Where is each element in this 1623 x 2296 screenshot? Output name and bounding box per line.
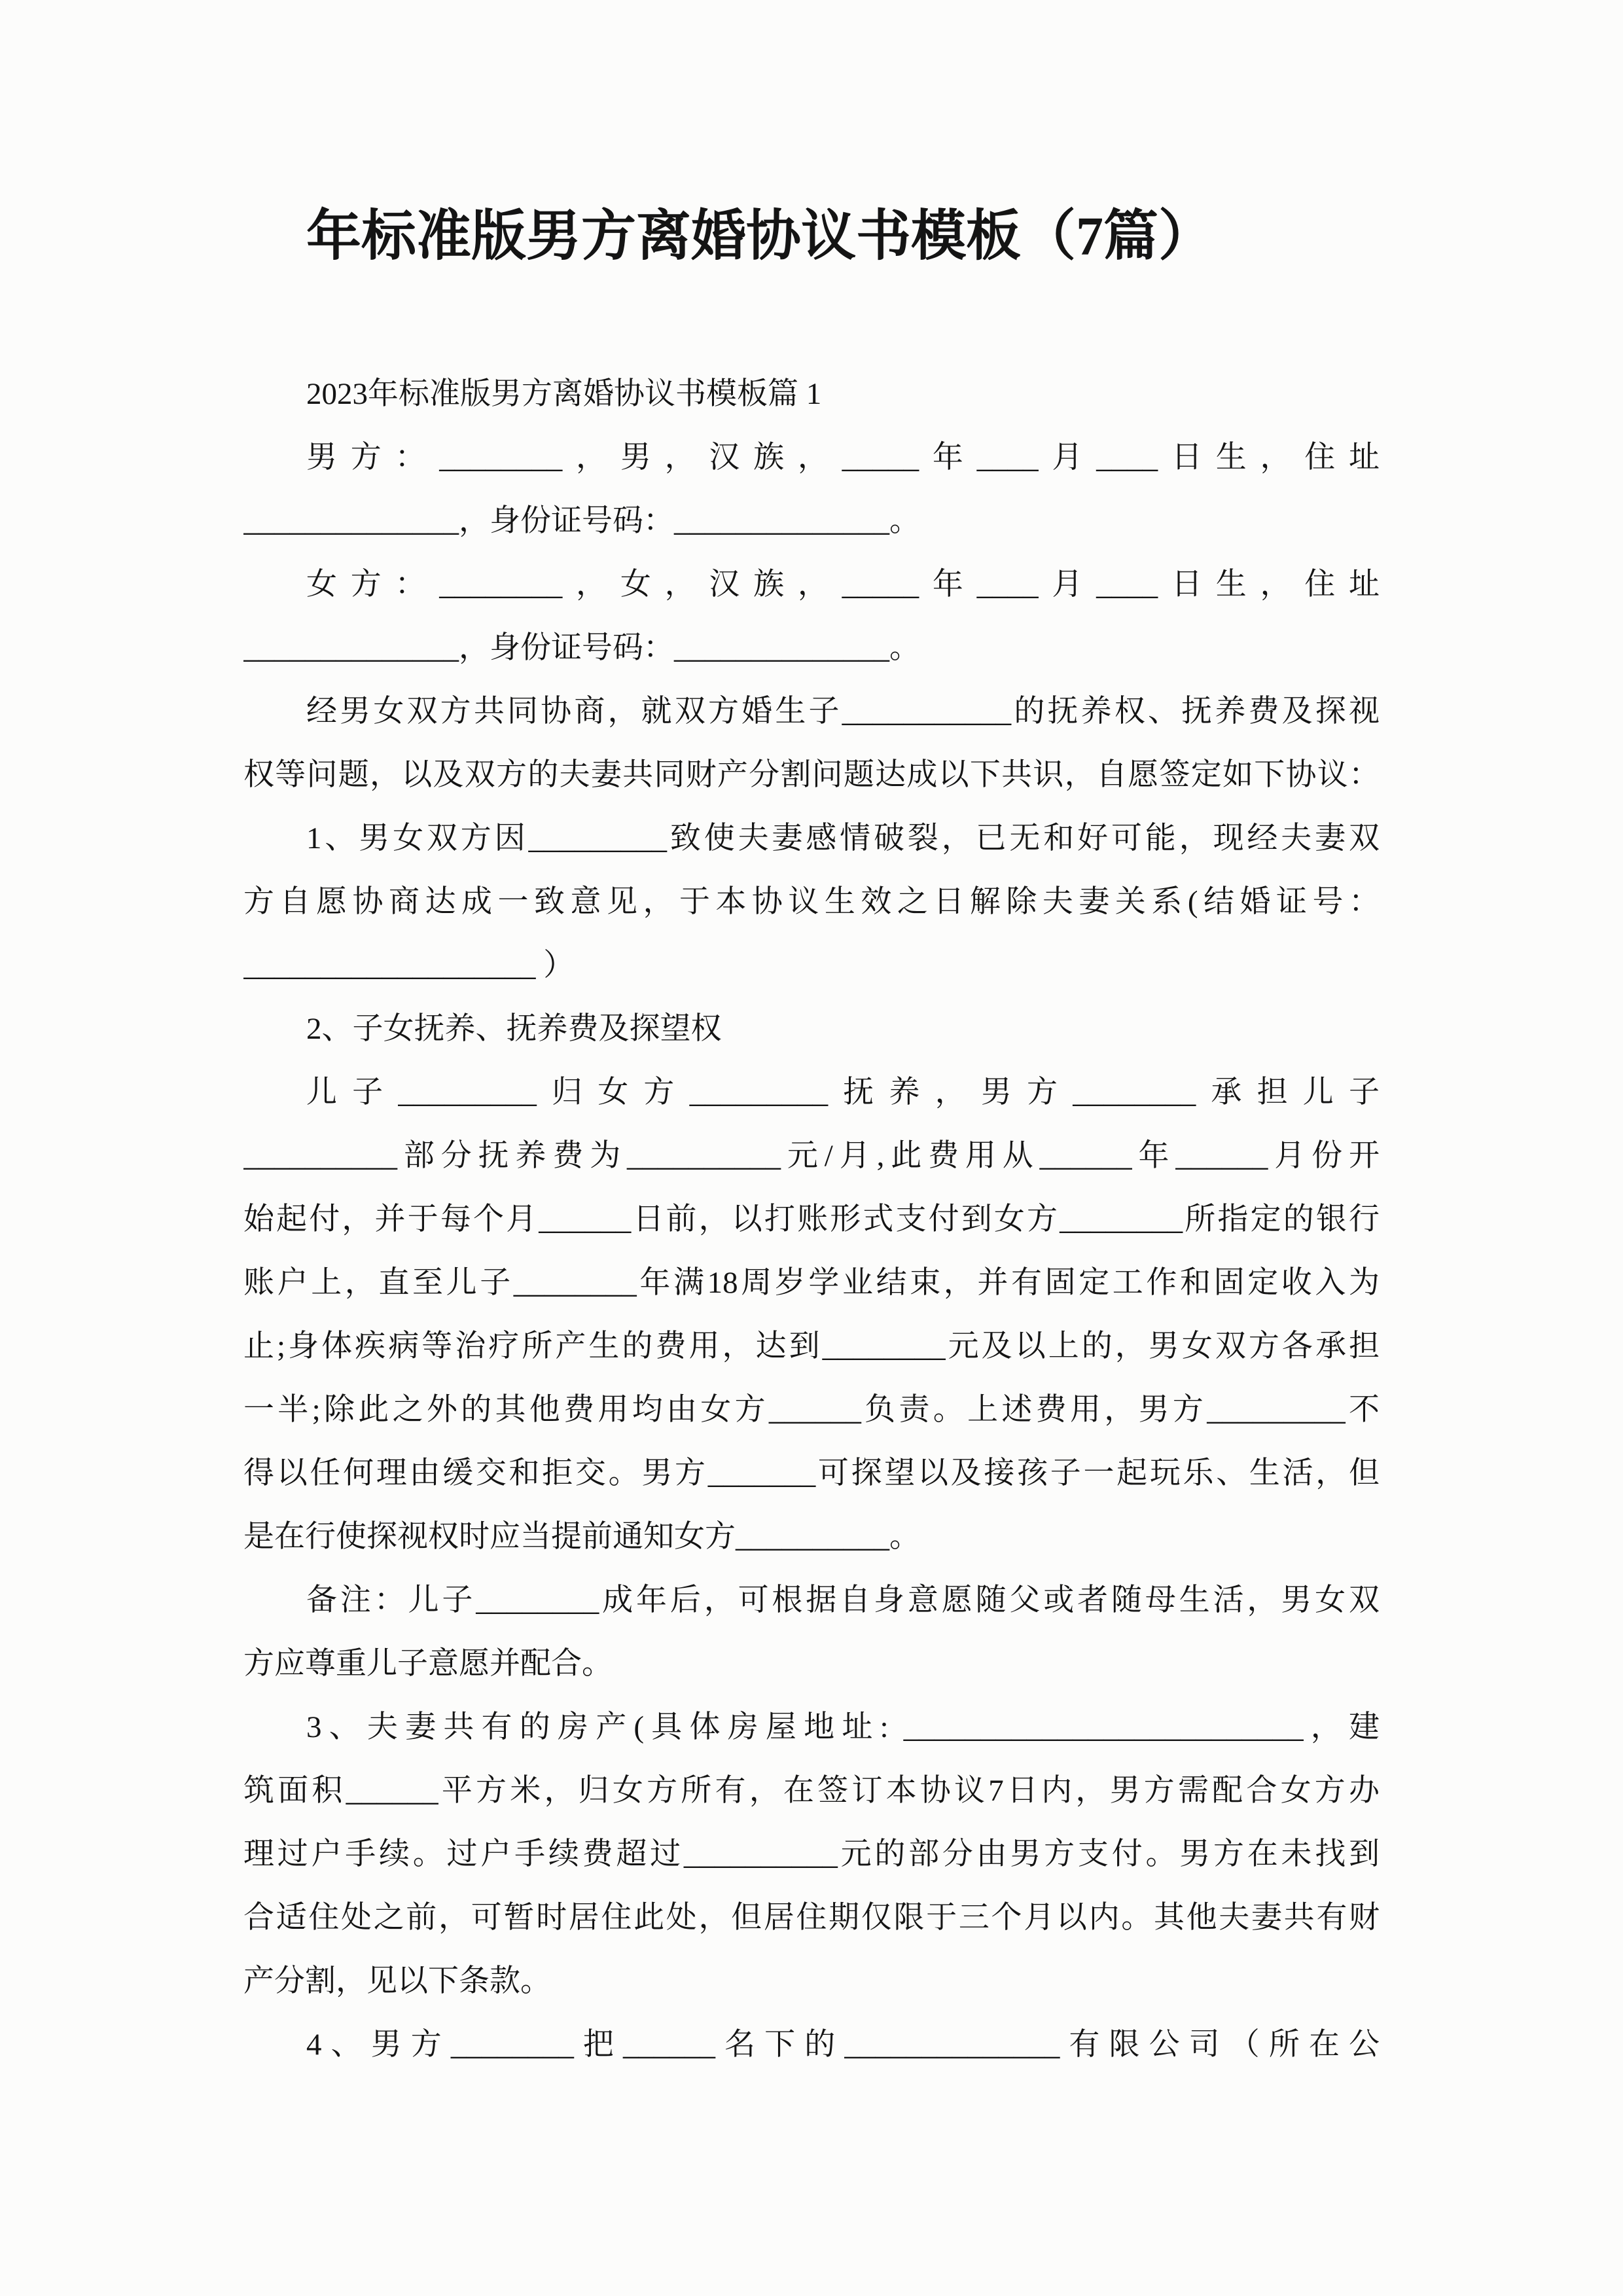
text-line: ______________，身份证号码：______________。: [243, 490, 1380, 553]
text-line: 4、男方________把______名下的______________有限公司…: [243, 2013, 1380, 2077]
text-line: 儿子_________归女方_________抚养，男方________承担儿子: [243, 1061, 1380, 1124]
text-line: __________部分抚养费为__________元/月,此费用从______…: [243, 1124, 1380, 1188]
text-line: 始起付，并于每个月______日前，以打账形式支付到女方________所指定的…: [243, 1188, 1380, 1251]
text-line: 一半;除此之外的其他费用均由女方______负责。上述费用，男方________…: [243, 1378, 1380, 1442]
text-line: 2023年标准版男方离婚协议书模板篇 1: [243, 363, 1380, 426]
document-page: 年标准版男方离婚协议书模板（7篇） 2023年标准版男方离婚协议书模板篇 1男方…: [0, 0, 1623, 2296]
text-line: 权等问题，以及双方的夫妻共同财产分割问题达成以下共识，自愿签定如下协议：: [243, 744, 1380, 807]
text-line: 女方：________，女，汉族，_____年____月____日生，住址: [243, 553, 1380, 617]
text-line: 产分割，见以下条款。: [243, 1950, 1380, 2013]
text-line: 是在行使探视权时应当提前通知女方__________。: [243, 1505, 1380, 1569]
text-line: 2、子女抚养、抚养费及探望权: [243, 997, 1380, 1061]
text-line: 合适住处之前，可暂时居住此处，但居住期仅限于三个月以内。其他夫妻共有财: [243, 1886, 1380, 1950]
text-line: 备注：儿子________成年后，可根据自身意愿随父或者随母生活，男女双: [243, 1569, 1380, 1632]
text-line: 方自愿协商达成一致意见，于本协议生效之日解除夫妻关系(结婚证号：: [243, 870, 1380, 934]
text-line: 方应尊重儿子意愿并配合。: [243, 1632, 1380, 1696]
text-line: 1、男女双方因_________致使夫妻感情破裂，已无和好可能，现经夫妻双: [243, 807, 1380, 870]
text-line: ______________，身份证号码：______________。: [243, 617, 1380, 680]
document-title: 年标准版男方离婚协议书模板（7篇）: [0, 0, 1623, 267]
text-line: 经男女双方共同协商，就双方婚生子___________的抚养权、抚养费及探视: [243, 680, 1380, 744]
text-line: 3、夫妻共有的房产(具体房屋地址: ______________________…: [243, 1696, 1380, 1759]
text-line: 男方：________，男，汉族，_____年____月____日生，住址: [243, 426, 1380, 490]
document-body: 2023年标准版男方离婚协议书模板篇 1男方：________，男，汉族，___…: [243, 363, 1380, 2077]
text-line: 筑面积______平方米，归女方所有，在签订本协议7日内，男方需配合女方办: [243, 1759, 1380, 1823]
text-line: ___________________ ）: [243, 934, 1380, 997]
text-line: 理过户手续。过户手续费超过__________元的部分由男方支付。男方在未找到: [243, 1823, 1380, 1886]
text-line: 得以任何理由缓交和拒交。男方_______可探望以及接孩子一起玩乐、生活，但: [243, 1442, 1380, 1505]
text-line: 止;身体疾病等治疗所产生的费用，达到________元及以上的，男女双方各承担: [243, 1315, 1380, 1378]
text-line: 账户上，直至儿子________年满18周岁学业结束，并有固定工作和固定收入为: [243, 1251, 1380, 1315]
